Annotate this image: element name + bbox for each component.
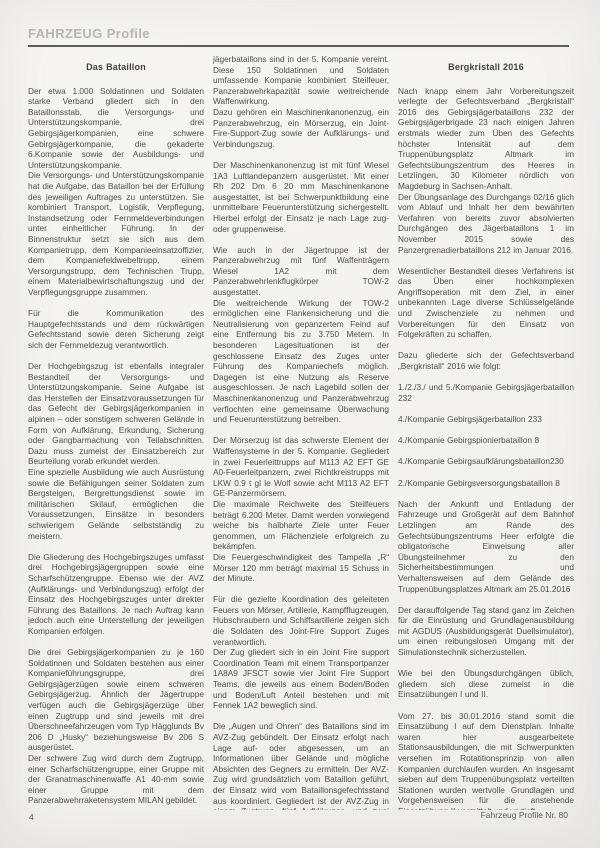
article-heading-bergkristall-2016: Bergkristall 2016 <box>398 62 574 73</box>
list-item-unit: 4./Kompanie Gebirgspionierbataillon 8 <box>398 435 574 446</box>
paragraph: Die „Augen und Ohren“ des Bataillons sin… <box>213 721 389 810</box>
article-body: Das Bataillon Der etwa 1.000 Soldatinnen… <box>28 54 575 810</box>
column-1: Das Bataillon Der etwa 1.000 Soldatinnen… <box>28 54 204 810</box>
list-item-unit: 4./Kompanie Gebirgsjägerbataillon 233 <box>398 414 574 425</box>
paragraph: Der darauffolgende Tag stand ganz im Zei… <box>398 605 574 658</box>
paragraph: Die drei Gebirgsjägerkompanien zu je 160… <box>28 647 204 806</box>
paragraph: Der Maschinenkanonenzug ist mit fünf Wie… <box>213 160 389 234</box>
header-rule <box>28 45 569 47</box>
paragraph: Der Hochgebirgszug ist ebenfalls integra… <box>28 361 204 541</box>
paragraph: Die Gliederung des Hochgebirgszuges umfa… <box>28 552 204 637</box>
article-heading-das-bataillon: Das Bataillon <box>28 62 204 73</box>
paragraph: Wie bei den Übungsdurchgängen üblich, gl… <box>398 668 574 700</box>
paragraph: Für die Kommunikation des Hauptgefechtss… <box>28 308 204 350</box>
paragraph: Wie auch in der Jägertruppe ist der Panz… <box>213 245 389 425</box>
footer-page-number: 4 <box>29 812 34 822</box>
paragraph: Der Mörserzug ist das schwerste Element … <box>213 435 389 583</box>
masthead-title: FAHRZEUG Profile <box>28 26 150 41</box>
footer-issue-label: Fahrzeug Profile Nr. 80 <box>481 810 568 820</box>
paragraph: Dazu gliederte sich der Gefechtsverband … <box>398 350 574 371</box>
paragraph: Nach knapp einem Jahr Vorbereitungszeit … <box>398 86 574 256</box>
paragraph: jägerbataillons sind in der 5. Kompanie … <box>213 54 389 149</box>
column-3: Bergkristall 2016 Nach knapp einem Jahr … <box>398 54 574 810</box>
list-item-unit: 1./2./3./ und 5./Kompanie Gebirgsjägerba… <box>398 382 574 403</box>
paragraph: Für die gezielte Koordination des geleit… <box>213 594 389 711</box>
list-item-unit: 4./Kompanie Gebirgsaufklärungsbataillon2… <box>398 456 574 467</box>
paragraph: Vom 27. bis 30.01.2016 stand somit die E… <box>398 711 574 810</box>
paragraph: Nach der Ankunft und Entladung der Fahrz… <box>398 499 574 594</box>
list-item-unit: 2./Kompanie Gebirgsversorgungsbataillon … <box>398 478 574 489</box>
paragraph: Wesentlicher Bestandteil dieses Verfahre… <box>398 266 574 340</box>
magazine-page: FAHRZEUG Profile Das Bataillon Der etwa … <box>0 0 600 848</box>
column-2: jägerbataillons sind in der 5. Kompanie … <box>213 54 389 810</box>
paragraph: Der etwa 1.000 Soldatinnen und Soldaten … <box>28 86 204 298</box>
